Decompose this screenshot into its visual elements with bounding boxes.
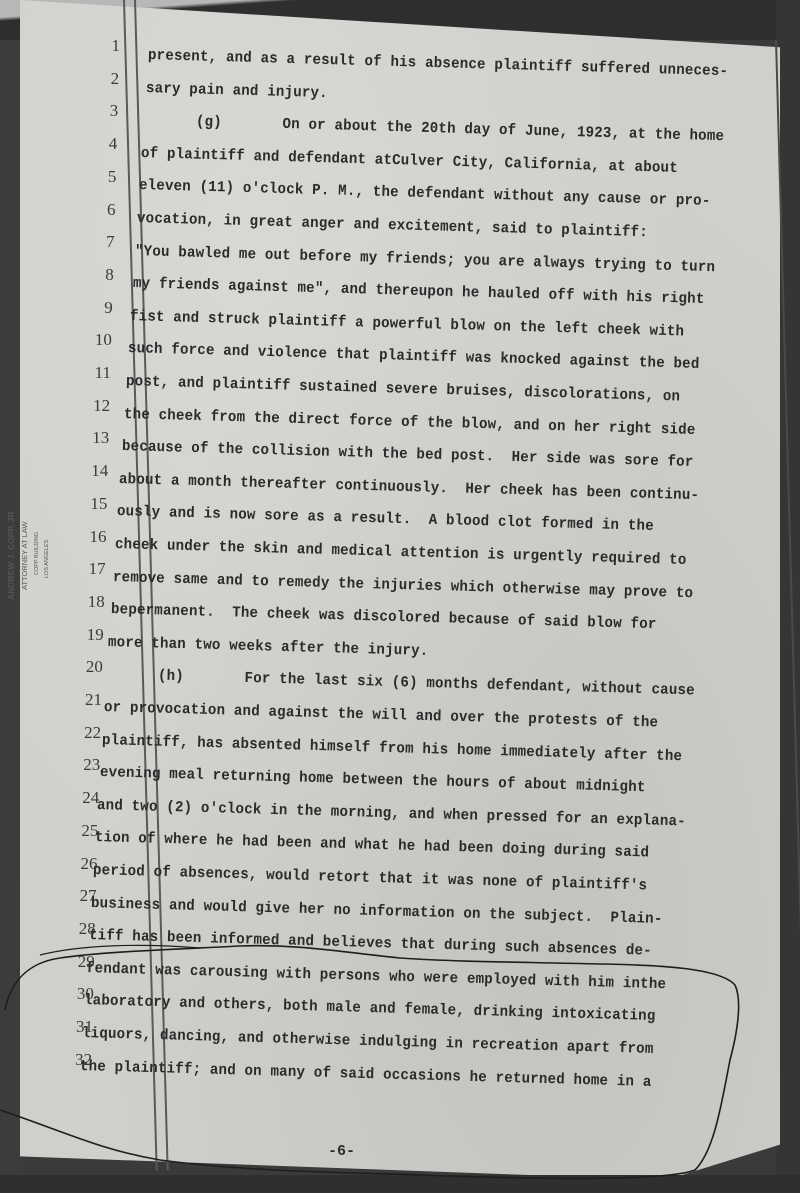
- line-number: 18: [75, 592, 105, 612]
- attorney-city: LOS ANGELES: [44, 540, 50, 578]
- line-number: 12: [80, 396, 110, 416]
- line-number: 7: [85, 232, 115, 252]
- attorney-building: COPP BUILDING: [34, 532, 40, 575]
- attorney-title: ATTORNEY AT LAW: [20, 521, 29, 590]
- line-number: 10: [82, 330, 112, 350]
- line-number: 19: [74, 625, 104, 645]
- line-number: 24: [69, 788, 99, 808]
- line-number: 9: [83, 298, 113, 318]
- line-number: 25: [68, 821, 98, 841]
- line-number: 23: [70, 755, 100, 775]
- line-number: 20: [73, 657, 103, 677]
- attorney-name: ANDREW J. COPP, JR.: [6, 509, 16, 600]
- line-number: 14: [78, 461, 108, 481]
- line-number: 2: [89, 69, 119, 89]
- line-number: 15: [77, 494, 107, 514]
- line-number: 13: [79, 428, 109, 448]
- line-number: 5: [86, 167, 116, 187]
- line-number: 17: [76, 559, 106, 579]
- line-number: 22: [71, 723, 101, 743]
- line-number: 4: [87, 134, 117, 154]
- attorney-stamp: ANDREW J. COPP, JR. ATTORNEY AT LAW COPP…: [4, 460, 64, 610]
- line-number: 3: [88, 101, 118, 121]
- line-number: 16: [77, 527, 107, 547]
- line-number: 6: [86, 200, 116, 220]
- line-number: 1: [90, 36, 120, 56]
- line-number: 11: [81, 363, 111, 383]
- page-number: -6-: [328, 1143, 355, 1160]
- scan-border-bottom: [0, 1175, 800, 1193]
- line-number: 21: [72, 690, 102, 710]
- line-number: 8: [84, 265, 114, 285]
